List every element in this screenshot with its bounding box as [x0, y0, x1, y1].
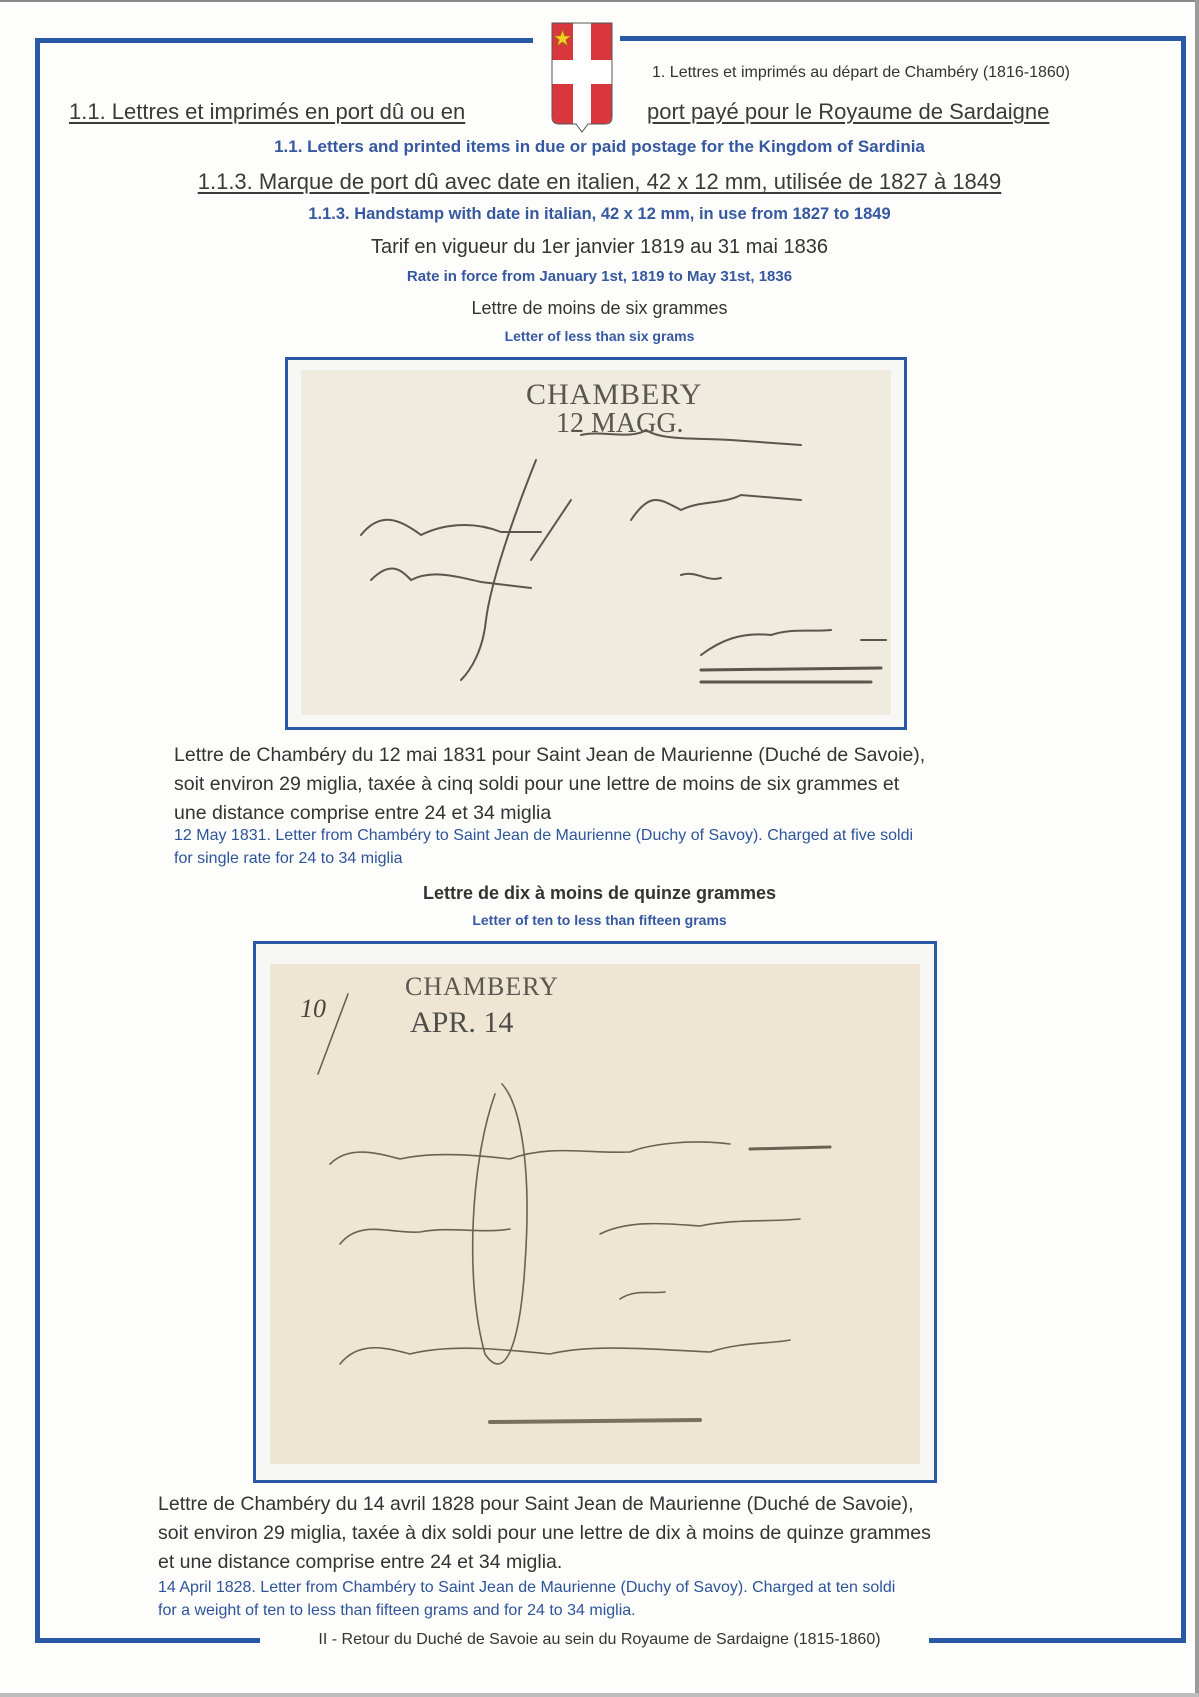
letter-description: Lettre de Chambéry du 12 mai 1831 pour S… — [174, 741, 925, 828]
weight-class-title-english: Letter of less than six grams — [0, 328, 1199, 344]
letter-description-english: 12 May 1831. Letter from Chambéry to Sai… — [174, 824, 913, 870]
letter-image: CHAMBERY 12 MAGG. — [301, 370, 891, 715]
weight-class-title: Lettre de moins de six grammes — [0, 298, 1199, 319]
subsection-title: 1.1.3. Marque de port dû avec date en it… — [0, 169, 1199, 195]
tariff-title: Tarif en vigueur du 1er janvier 1819 au … — [0, 236, 1199, 259]
chapter-title: 1. Lettres et imprimés au départ de Cham… — [652, 64, 1070, 82]
postmark-line1: CHAMBERY — [405, 972, 559, 1002]
postmark-line2: APR. 14 — [410, 1006, 513, 1040]
page-edge — [0, 1693, 1199, 1697]
page-edge — [0, 0, 1199, 2]
savoy-coat-of-arms-icon — [551, 22, 613, 134]
subsection-title-english: 1.1.3. Handstamp with date in italian, 4… — [0, 205, 1199, 224]
postmark-line1: CHAMBERY — [526, 378, 702, 412]
tax-mark: 10 — [300, 994, 326, 1024]
letter-description-english: 14 April 1828. Letter from Chambéry to S… — [158, 1576, 895, 1622]
weight-class-title: Lettre de dix à moins de quinze grammes — [0, 883, 1199, 904]
weight-class-title-english: Letter of ten to less than fifteen grams — [0, 912, 1199, 928]
postmark-line2: 12 MAGG. — [556, 408, 684, 440]
letter-handwriting — [270, 964, 920, 1464]
section-title-left: 1.1. Lettres et imprimés en port dû ou e… — [69, 99, 465, 125]
page-footer: II - Retour du Duché de Savoie au sein d… — [0, 1631, 1199, 1649]
section-title-right: port payé pour le Royaume de Sardaigne — [647, 99, 1049, 125]
letter-image-frame: CHAMBERY 12 MAGG. — [285, 357, 907, 730]
letter-image: 10 CHAMBERY APR. 14 — [270, 964, 920, 1464]
letter-description: Lettre de Chambéry du 14 avril 1828 pour… — [158, 1490, 931, 1577]
letter-image-frame: 10 CHAMBERY APR. 14 — [253, 941, 937, 1483]
section-title-english: 1.1. Letters and printed items in due or… — [0, 137, 1199, 157]
tariff-title-english: Rate in force from January 1st, 1819 to … — [0, 268, 1199, 285]
